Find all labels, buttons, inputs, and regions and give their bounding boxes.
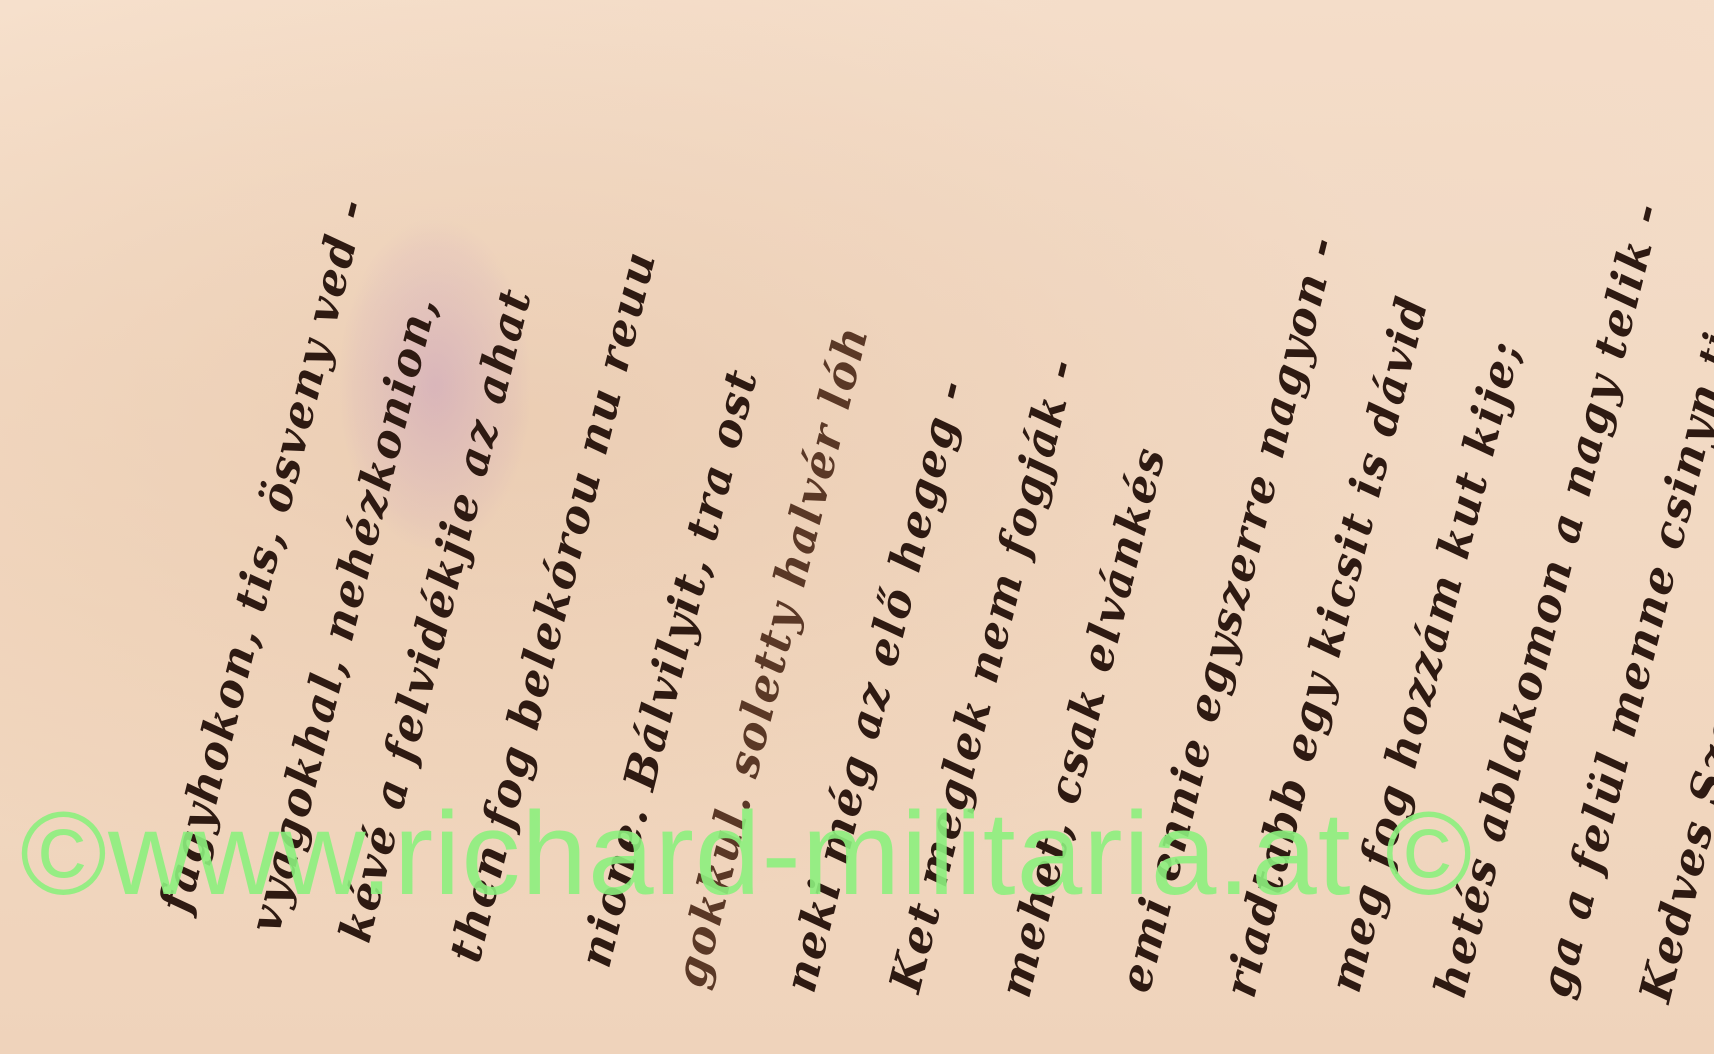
watermark: ©www.richard-militaria.at © (20, 795, 1473, 913)
postcard-back: fagyhokon, tis, ösveny ved - vyagokhal, … (0, 0, 1714, 1054)
handwritten-signature: tiszteldet (1690, 157, 1714, 370)
